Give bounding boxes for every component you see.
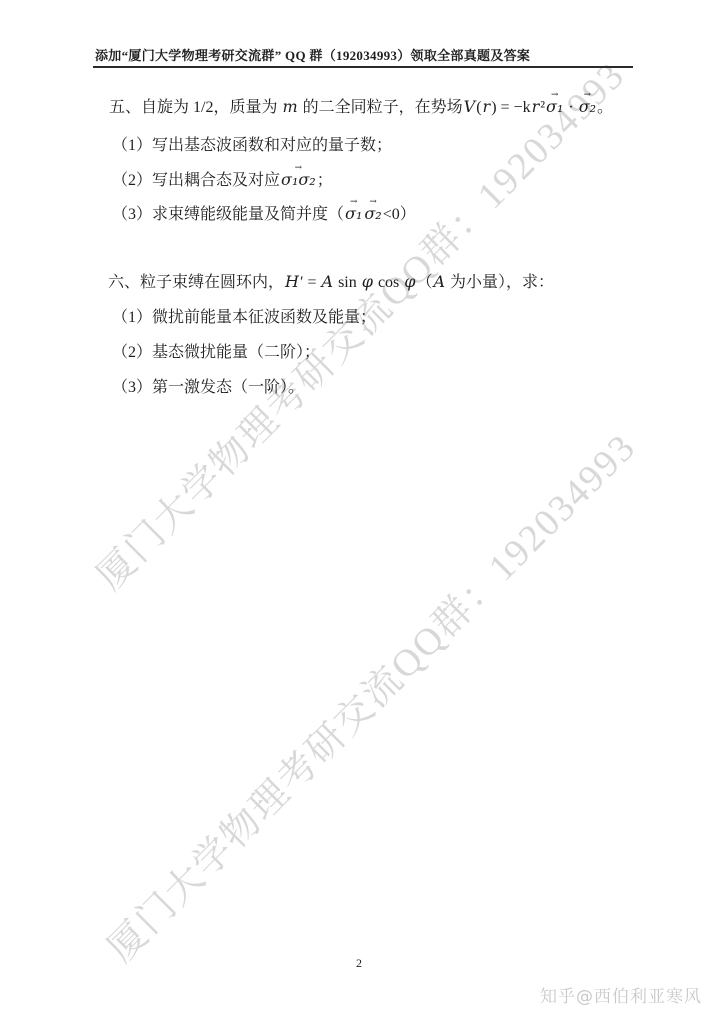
text-segment: H — [284, 272, 300, 291]
text-segment: m — [281, 97, 298, 116]
question-5-item-3: （3）求束缚能级能量及简并度（σ₁σ₂<0） — [112, 203, 416, 226]
text-segment: A — [432, 272, 446, 291]
page-number: 2 — [0, 956, 718, 971]
document-page: 厦门大学物理考研交流QQ群：192034993 厦门大学物理考研交流QQ群：19… — [0, 0, 724, 1024]
text-segment: σ₁ — [344, 203, 363, 225]
text-segment: ( — [476, 99, 481, 116]
text-segment: r — [482, 97, 492, 116]
text-segment: （3）求束缚能级能量及简并度（ — [112, 206, 344, 223]
text-segment: 五、自旋为 1/2，质量为 — [109, 99, 281, 116]
header-rule — [93, 66, 633, 68]
text-segment: （1）微扰前能量本征波函数及能量； — [112, 309, 376, 326]
text-segment: （2）基态微扰能量（二阶）； — [112, 344, 320, 361]
text-segment: 六、粒子束缚在圆环内， — [108, 274, 284, 291]
text-segment: φ — [403, 272, 416, 291]
zhihu-credit-watermark: 知乎@西伯利亚寒风 — [540, 982, 702, 1007]
text-segment: σ₂ — [578, 96, 597, 118]
text-segment: （1）写出基态波函数和对应的量子数； — [112, 137, 392, 154]
text-segment: （3）第一激发态（一阶）。 — [112, 379, 304, 396]
question-5-stem: 五、自旋为 1/2，质量为 m 的二全同粒子，在势场V(r) = −kr²σ₁ … — [109, 96, 613, 119]
text-segment: ) = −k — [491, 99, 530, 116]
question-5-item-1: （1）写出基态波函数和对应的量子数； — [112, 135, 392, 157]
text-segment: ； — [317, 172, 333, 189]
text-segment: σ₁ — [545, 96, 564, 118]
text-segment: 为小量），求： — [446, 274, 554, 291]
question-5-item-2: （2）写出耦合态及对应σ₁σ₂； — [112, 169, 333, 192]
question-6-item-3: （3）第一激发态（一阶）。 — [112, 377, 304, 399]
question-6-stem: 六、粒子束缚在圆环内，H′ = A sin φ cos φ（A 为小量），求： — [108, 271, 554, 294]
text-segment: sin — [334, 274, 361, 291]
question-6-item-1: （1）微扰前能量本征波函数及能量； — [112, 307, 376, 329]
text-segment: φ — [361, 272, 374, 291]
text-segment: 。 — [597, 99, 613, 116]
text-segment: σ₂ — [363, 203, 382, 225]
question-6-item-2: （2）基态微扰能量（二阶）； — [112, 342, 320, 364]
text-segment: （ — [416, 274, 432, 291]
text-segment: （2）写出耦合态及对应 — [112, 172, 280, 189]
text-segment: A — [321, 272, 335, 291]
text-segment: r — [531, 97, 541, 116]
text-segment: σ₁σ₂ — [280, 169, 317, 191]
text-segment: · — [564, 99, 577, 116]
page-header-text: 添加“厦门大学物理考研交流群” QQ 群（192034993）领取全部真题及答案 — [95, 45, 530, 64]
text-segment: 的二全同粒子，在势场 — [299, 99, 463, 116]
text-segment: ′ = — [300, 274, 321, 291]
text-segment: <0） — [383, 206, 416, 223]
text-segment: cos — [374, 274, 403, 291]
text-segment: V — [463, 97, 477, 116]
